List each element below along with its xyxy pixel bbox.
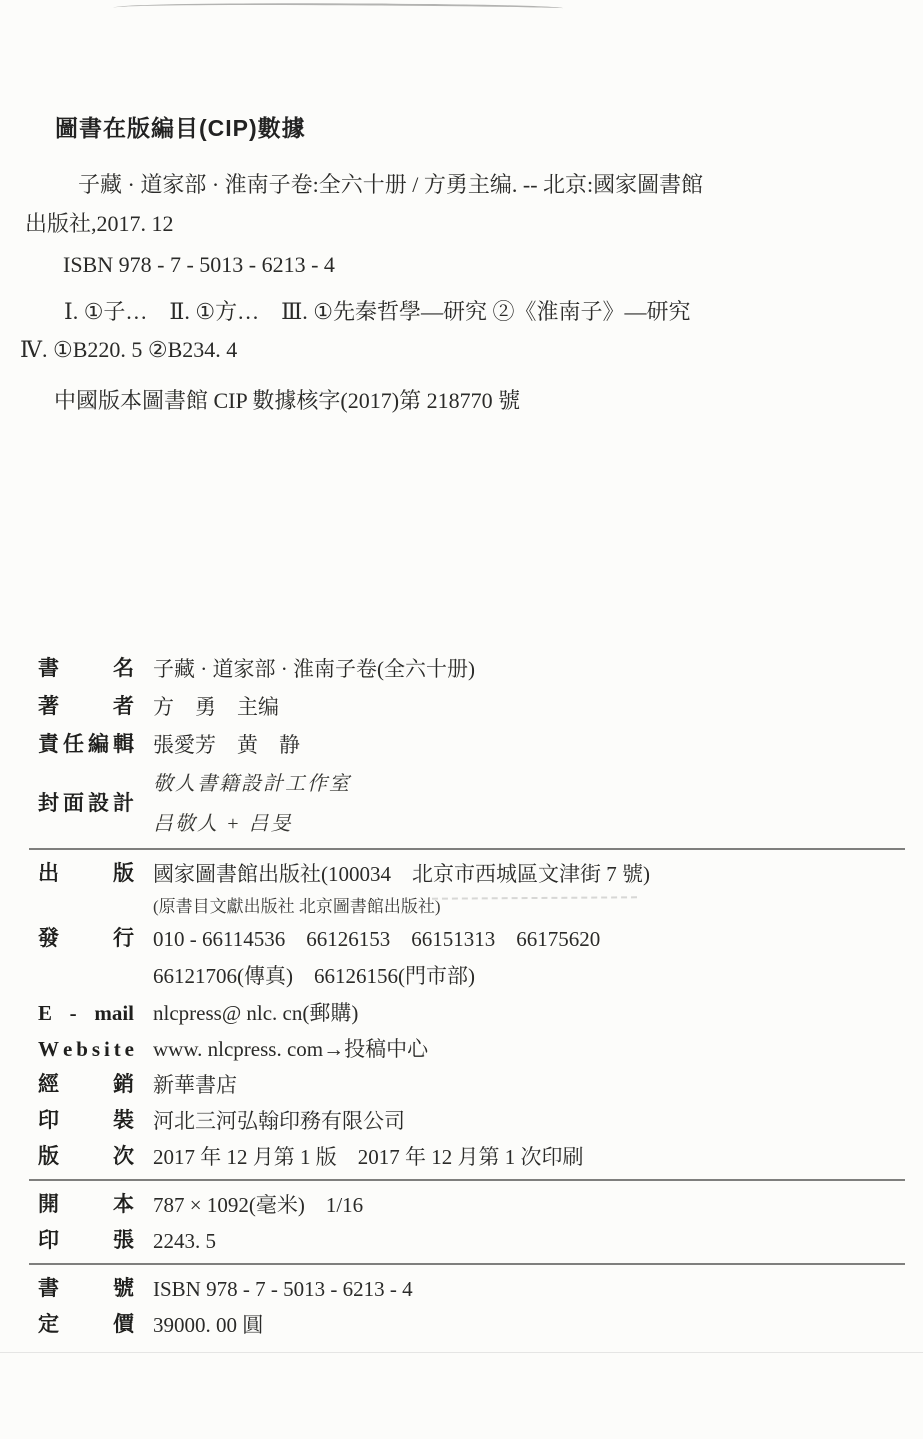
colophon-section-1: 書名 子藏 · 道家部 · 淮南子卷(全六十册) 著者 方 勇 主编 責任編輯 …	[38, 650, 905, 844]
distribution-phones-1: 010 - 66114536 66126153 66151313 6617562…	[153, 921, 600, 958]
colophon-row-cover-design: 封面設計 敬人書籍設計工作室 吕敬人 + 吕旻	[38, 764, 905, 844]
format-value: 787 × 1092(毫米) 1/16	[153, 1187, 363, 1223]
author-label: 著者	[38, 688, 134, 726]
cip-classification-line1: Ⅰ. ①子… Ⅱ. ①方… Ⅲ. ①先秦哲學—研究 ②《淮南子》—研究	[0, 293, 883, 331]
cip-heading: 圖書在版編目(CIP)數據	[0, 110, 883, 143]
cip-entry-line1: 子藏 · 道家部 · 淮南子卷:全六十册 / 方勇主编. -- 北京:國家圖書館	[0, 165, 883, 204]
colophon-row-publisher: 出版 國家圖書館出版社(100034 北京市西城區文津街 7 號) (原書目文獻…	[38, 856, 905, 921]
cip-classification-line2: Ⅳ. ①B220. 5 ②B234. 4	[0, 331, 883, 369]
colophon-row-author: 著者 方 勇 主编	[38, 688, 905, 726]
editor-label: 責任編輯	[38, 726, 134, 764]
divider-rule-2	[29, 1179, 905, 1181]
scan-artifact-bottom-edge	[0, 1352, 923, 1353]
colophon-row-format: 開本 787 × 1092(毫米) 1/16	[38, 1187, 905, 1223]
publisher-label: 出版	[38, 856, 134, 892]
distribution-value: 010 - 66114536 66126153 66151313 6617562…	[153, 921, 600, 995]
seller-label: 經銷	[38, 1067, 134, 1103]
colophon-row-email: E-mail nlcpress@ nlc. cn(郵購)	[38, 995, 905, 1031]
divider-rule-3	[29, 1263, 905, 1265]
colophon-section-4: 書號 ISBN 978 - 7 - 5013 - 6213 - 4 定價 390…	[38, 1271, 905, 1343]
colophon-row-price: 定價 39000. 00 圓	[38, 1307, 905, 1343]
website-label: Website	[38, 1031, 134, 1067]
publisher-address: 國家圖書館出版社(100034 北京市西城區文津街 7 號)	[153, 856, 650, 892]
colophon-row-seller: 經銷 新華書店	[38, 1067, 905, 1103]
seller-value: 新華書店	[153, 1067, 237, 1103]
distribution-phones-2: 66121706(傳真) 66126156(門市部)	[153, 958, 600, 995]
sheets-value: 2243. 5	[153, 1223, 216, 1259]
cip-entry: 子藏 · 道家部 · 淮南子卷:全六十册 / 方勇主编. -- 北京:國家圖書館…	[0, 165, 883, 243]
cip-classification: Ⅰ. ①子… Ⅱ. ①方… Ⅲ. ①先秦哲學—研究 ②《淮南子》—研究 Ⅳ. ①…	[0, 293, 883, 369]
cover-design-studio: 敬人書籍設計工作室	[153, 764, 351, 804]
printer-label: 印裝	[38, 1103, 134, 1139]
email-label: E-mail	[38, 995, 134, 1031]
format-label: 開本	[38, 1187, 134, 1223]
website-value: www. nlcpress. com→投稿中心	[153, 1031, 428, 1067]
edition-value: 2017 年 12 月第 1 版 2017 年 12 月第 1 次印刷	[153, 1139, 584, 1175]
editor-value: 張愛芳 黄 静	[153, 726, 300, 764]
cover-design-value: 敬人書籍設計工作室 吕敬人 + 吕旻	[153, 764, 351, 844]
cip-entry-line2: 出版社,2017. 12	[0, 204, 883, 243]
colophon-row-printer: 印裝 河北三河弘翰印務有限公司	[38, 1103, 905, 1139]
cover-design-designers: 吕敬人 + 吕旻	[153, 804, 351, 844]
book-number-value: ISBN 978 - 7 - 5013 - 6213 - 4	[153, 1271, 413, 1307]
book-number-label: 書號	[38, 1271, 134, 1307]
book-copyright-page: 圖書在版編目(CIP)數據 子藏 · 道家部 · 淮南子卷:全六十册 / 方勇主…	[0, 0, 923, 1439]
printer-value: 河北三河弘翰印務有限公司	[153, 1103, 405, 1139]
cover-design-label: 封面設計	[38, 785, 134, 823]
colophon-row-editor: 責任編輯 張愛芳 黄 静	[38, 726, 905, 764]
title-label: 書名	[38, 650, 134, 688]
divider-rule-1	[29, 848, 905, 850]
distribution-label: 發行	[38, 921, 134, 957]
price-label: 定價	[38, 1307, 134, 1343]
email-value: nlcpress@ nlc. cn(郵購)	[153, 995, 358, 1031]
cip-isbn-line: ISBN 978 - 7 - 5013 - 6213 - 4	[0, 245, 883, 284]
cip-block: 圖書在版編目(CIP)數據 子藏 · 道家部 · 淮南子卷:全六十册 / 方勇主…	[0, 110, 883, 420]
colophon-row-distribution: 發行 010 - 66114536 66126153 66151313 6617…	[38, 921, 905, 995]
scan-artifact-top-edge	[113, 1, 563, 16]
edition-label: 版次	[38, 1139, 134, 1175]
colophon-row-book-number: 書號 ISBN 978 - 7 - 5013 - 6213 - 4	[38, 1271, 905, 1307]
title-value: 子藏 · 道家部 · 淮南子卷(全六十册)	[153, 650, 475, 688]
publisher-value: 國家圖書館出版社(100034 北京市西城區文津街 7 號) (原書目文獻出版社…	[153, 856, 650, 921]
colophon-row-title: 書名 子藏 · 道家部 · 淮南子卷(全六十册)	[38, 650, 905, 688]
colophon-row-website: Website www. nlcpress. com→投稿中心	[38, 1031, 905, 1067]
colophon: 書名 子藏 · 道家部 · 淮南子卷(全六十册) 著者 方 勇 主编 責任編輯 …	[38, 650, 905, 1343]
cip-record-number: 中國版本圖書館 CIP 數據核字(2017)第 218770 號	[0, 382, 883, 420]
price-value: 39000. 00 圓	[153, 1307, 263, 1343]
sheets-label: 印張	[38, 1223, 134, 1259]
colophon-row-sheets: 印張 2243. 5	[38, 1223, 905, 1259]
author-value: 方 勇 主编	[153, 688, 279, 726]
colophon-section-3: 開本 787 × 1092(毫米) 1/16 印張 2243. 5	[38, 1187, 905, 1259]
colophon-section-2: 出版 國家圖書館出版社(100034 北京市西城區文津街 7 號) (原書目文獻…	[38, 856, 905, 1175]
colophon-row-edition: 版次 2017 年 12 月第 1 版 2017 年 12 月第 1 次印刷	[38, 1139, 905, 1175]
